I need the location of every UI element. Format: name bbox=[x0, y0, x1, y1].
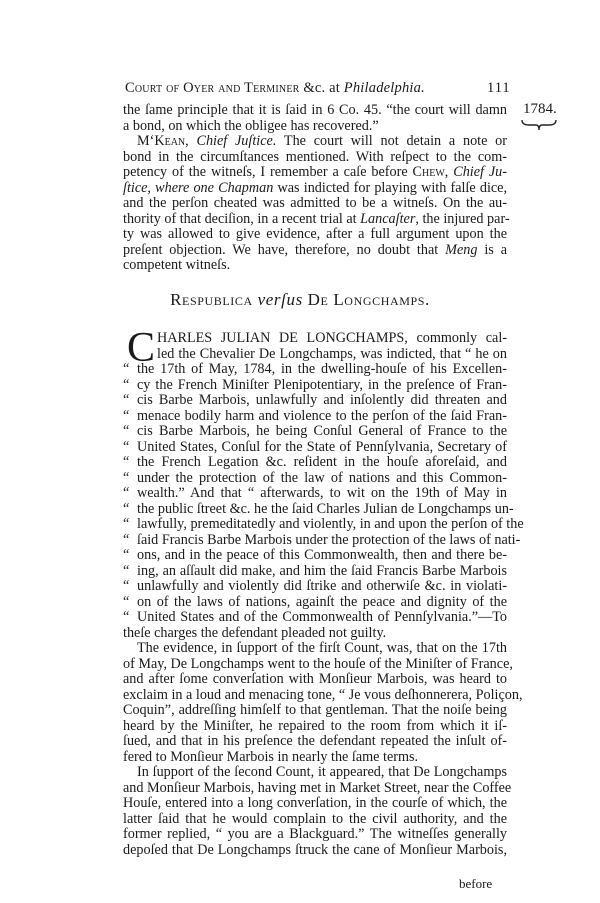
chief-justice-opinion: M‘Kean, Chief Juſtice. The court will no… bbox=[123, 134, 507, 274]
text-line: bond in the circumſtances mentioned. Wit… bbox=[123, 150, 507, 166]
text-line: the French Legation &c. reſident in the … bbox=[137, 454, 507, 470]
text-line: Houſe, entered into a long converſation,… bbox=[123, 796, 507, 812]
book-page: Court of Oyer and Terminer &c. at Philad… bbox=[0, 0, 600, 903]
indictment-paragraph: HARLES JULIAN DE LONGCHAMPS, commonly ca… bbox=[123, 331, 507, 641]
text-line: ty was allowed to give evidence, after a… bbox=[123, 227, 507, 243]
text-line: under the protection of the law of natio… bbox=[137, 470, 507, 486]
text-line: preſent objection. We have, therefore, n… bbox=[123, 242, 438, 258]
text-line: the 17th of May, 1784, in the dwelling-h… bbox=[137, 361, 507, 377]
text-line: cis Barbe Marbois, he being Conſul Gener… bbox=[137, 423, 507, 439]
place-lancaster: Lancaſter bbox=[360, 211, 415, 227]
text-line: Coquin”, addreſſing himſelf to that gent… bbox=[123, 703, 507, 719]
text-line: unlawfully and violently did ſtrike and … bbox=[137, 578, 507, 594]
text-line: heard by the Miniſter, he repaired to th… bbox=[123, 719, 507, 735]
text-line: and the perſon cheated was admitted to b… bbox=[123, 196, 507, 212]
name-chew: Chew, bbox=[413, 164, 449, 180]
margin-year: 1784. bbox=[523, 101, 557, 118]
case-title-versus: verſus bbox=[258, 290, 303, 309]
text-line: was indicted for playing with falſe dice… bbox=[278, 180, 508, 196]
text-line: wealth.” And that “ afterwards, to wit o… bbox=[137, 485, 507, 501]
text-line: thority of that deciſion, in a recent tr… bbox=[123, 211, 357, 227]
evidence-second-count: In ſupport of the ſecond Count, it appea… bbox=[123, 765, 507, 858]
text-line: led the Chevalier De Longchamps, was ind… bbox=[123, 347, 507, 363]
page-number: 111 bbox=[487, 80, 511, 97]
text-line: , the injured par- bbox=[415, 211, 509, 227]
text-line: ing, an aſſault did make, and him the ſa… bbox=[137, 563, 507, 579]
speaker-name: M‘Kean, bbox=[137, 133, 189, 149]
case-title-right: De Longchamps. bbox=[308, 290, 430, 309]
text-line: HARLES JULIAN DE LONGCHAMPS, commonly ca… bbox=[123, 331, 507, 347]
running-head-place: Philadelphia. bbox=[344, 80, 425, 96]
text-line: depoſed that De Longchamps ſtruck the ca… bbox=[123, 843, 507, 859]
text-line: lawfully, premeditatedly and violently, … bbox=[137, 516, 524, 532]
text-line: United States, Conſul for the State of P… bbox=[137, 439, 507, 455]
text-line: ſtice, where one bbox=[123, 180, 214, 196]
catchword: before bbox=[459, 876, 492, 892]
running-head-mid: &c. at bbox=[300, 80, 344, 96]
text-line: cis Barbe Marbois, unlawfully and inſole… bbox=[137, 392, 507, 408]
opening-paragraph: the ſame principle that it is ſaid in 6 … bbox=[123, 103, 507, 134]
text-line: exclaim in a loud and menacing tone, “ J… bbox=[123, 688, 507, 704]
text-line: cy the French Miniſter Plenipotentiary, … bbox=[137, 377, 507, 393]
text-line: petency of the witneſs, I remember a caſ… bbox=[123, 164, 408, 180]
text-line: on of the laws of nations, againſt the p… bbox=[137, 594, 507, 610]
text-line: ſued, and that in his preſence the defen… bbox=[123, 734, 507, 750]
text-line: and after ſome converſation with Monſieu… bbox=[123, 672, 507, 688]
text-line: competent witneſs. bbox=[123, 258, 507, 274]
text-line: theſe charges the defendant pleaded not … bbox=[123, 626, 507, 642]
text-line: In ſupport of the ſecond Count, it appea… bbox=[123, 765, 507, 781]
text-line: fered to Monſieur Marbois in nearly the … bbox=[123, 750, 507, 766]
title-fragment: Chief Ju- bbox=[453, 164, 507, 180]
case-title-left: Respublica bbox=[170, 290, 253, 309]
brace-icon bbox=[521, 119, 557, 131]
text-line: and Monſieur Marbois, having met in Mark… bbox=[123, 781, 507, 797]
text-line: The court will not detain a note or bbox=[284, 133, 507, 149]
text-line: ſaid Francis Barbe Marbois under the pro… bbox=[137, 532, 520, 548]
text-line: the ſame principle that it is ſaid in 6 … bbox=[123, 103, 507, 119]
text-line: of May, De Longchamps went to the houſe … bbox=[123, 657, 507, 673]
name-chapman: Chapman bbox=[218, 180, 273, 196]
case-title: Respublica verſus De Longchamps. bbox=[0, 290, 600, 310]
evidence-first-count: The evidence, in ſupport of the firſt Co… bbox=[123, 641, 507, 765]
text-line: the public ſtreet &c. he the ſaid Charle… bbox=[137, 501, 514, 517]
text-line: United States and of the Commonwealth of… bbox=[137, 609, 507, 625]
text-line: The evidence, in ſupport of the firſt Co… bbox=[123, 641, 507, 657]
text-line: latter ſaid that he would complain to th… bbox=[123, 812, 507, 828]
text-line: is a bbox=[484, 242, 507, 258]
speaker-title: Chief Juſtice. bbox=[196, 133, 276, 149]
text-line: former replied, “ you are a Blackguard.”… bbox=[123, 827, 507, 843]
text-line: ons, and in the peace of this Commonweal… bbox=[137, 547, 507, 563]
text-line: a bond, on which the obligee has recover… bbox=[123, 119, 507, 135]
text-line: menace bodily harm and violence to the p… bbox=[137, 408, 507, 424]
name-meng: Meng bbox=[445, 242, 477, 258]
running-head-court: Court of Oyer and Terminer bbox=[125, 80, 300, 96]
running-head: Court of Oyer and Terminer &c. at Philad… bbox=[125, 80, 525, 97]
